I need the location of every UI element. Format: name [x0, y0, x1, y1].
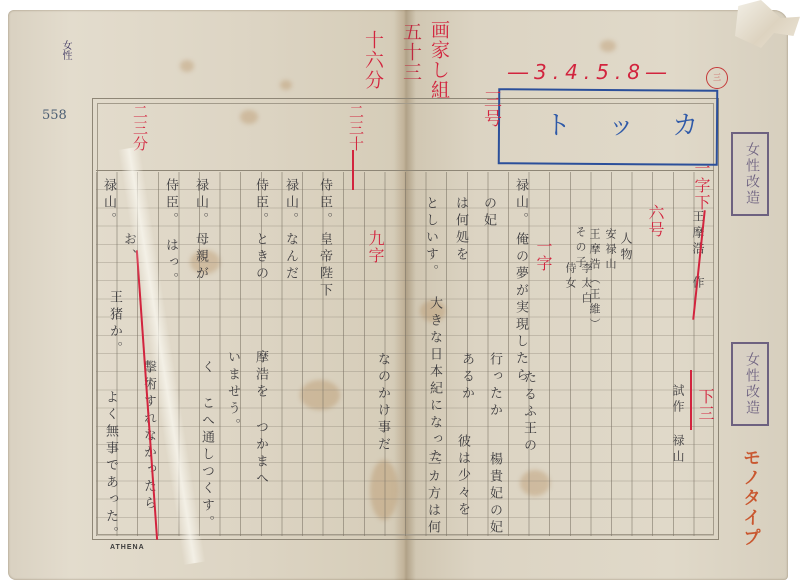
- red-header-number: ―3.4.5.8―: [508, 60, 672, 84]
- text-column: 侍臣。: [250, 178, 270, 229]
- red-annotation: 二三分: [130, 104, 151, 152]
- text-column: いませう。: [222, 350, 242, 435]
- stamp: 女性改造: [731, 132, 769, 216]
- stamp: 女性改造: [731, 342, 769, 426]
- title-text: トッカ: [545, 105, 736, 142]
- text-column: なのかけ事だ: [372, 352, 392, 454]
- text-column: 大きな日本紀になった: [424, 296, 444, 466]
- text-column: 三カ方は何: [422, 452, 442, 537]
- text-column: 楊貴妃の妃: [484, 452, 504, 537]
- text-column: 俺の夢が実現したら: [510, 232, 530, 385]
- text-column: たるふ王の: [518, 370, 538, 455]
- stain: [600, 40, 616, 52]
- red-annotation: 一字下: [690, 160, 713, 211]
- red-annotation: 九字: [364, 230, 387, 264]
- text-column: 彼は少々を: [452, 434, 472, 519]
- text-column: 王猪か。: [104, 290, 124, 358]
- stain: [280, 80, 292, 90]
- text-column: く こへ通しつくす。: [196, 360, 216, 532]
- text-column: ときの: [250, 232, 270, 283]
- red-annotation: 画家し組: [426, 20, 453, 100]
- text-column: 摩浩を つかまへ: [250, 350, 270, 488]
- text-column: 侍臣。: [160, 178, 180, 229]
- text-column: 禄山。: [190, 178, 210, 229]
- text-column: よく無事であった。: [100, 390, 120, 543]
- text-column: 母親が: [190, 232, 210, 283]
- stain: [180, 60, 194, 72]
- text-column: 禄山。: [280, 178, 300, 229]
- text-column: 侍臣。: [314, 178, 334, 229]
- header-divider: [96, 170, 714, 171]
- red-annotation: 三号: [478, 90, 504, 128]
- corner-mark: 女性: [58, 40, 73, 60]
- monotype-note: モノタイプ: [737, 448, 763, 548]
- text-column: としいす。: [420, 196, 440, 281]
- author-note: 試作 禄山: [668, 384, 688, 466]
- text-column: 行ったか: [484, 352, 504, 420]
- text-column: はっ。: [160, 238, 180, 289]
- red-annotation: 十六分: [360, 30, 387, 90]
- page-number: 558: [42, 108, 67, 123]
- red-annotation: 二三十: [346, 104, 367, 152]
- text-column: 禄山。: [510, 178, 530, 229]
- text-column: あるか: [456, 352, 476, 403]
- red-annotation: 六号: [644, 204, 667, 238]
- text-column: の妃: [478, 196, 498, 230]
- red-annotation: 下三: [694, 388, 717, 422]
- text-column: 禄山。: [98, 178, 118, 229]
- text-column: 皇帝陛下: [314, 232, 334, 300]
- cast-item: 侍女: [560, 262, 580, 292]
- round-seal: 三: [706, 67, 728, 89]
- red-annotation: 一字: [532, 238, 555, 272]
- red-line: [690, 370, 692, 430]
- paper-brand: ATHENA: [110, 544, 145, 551]
- text-column: は何処を: [450, 196, 470, 264]
- red-annotation: 五十三: [398, 22, 425, 82]
- red-line: [352, 150, 354, 190]
- text-column: なんだ: [280, 232, 300, 283]
